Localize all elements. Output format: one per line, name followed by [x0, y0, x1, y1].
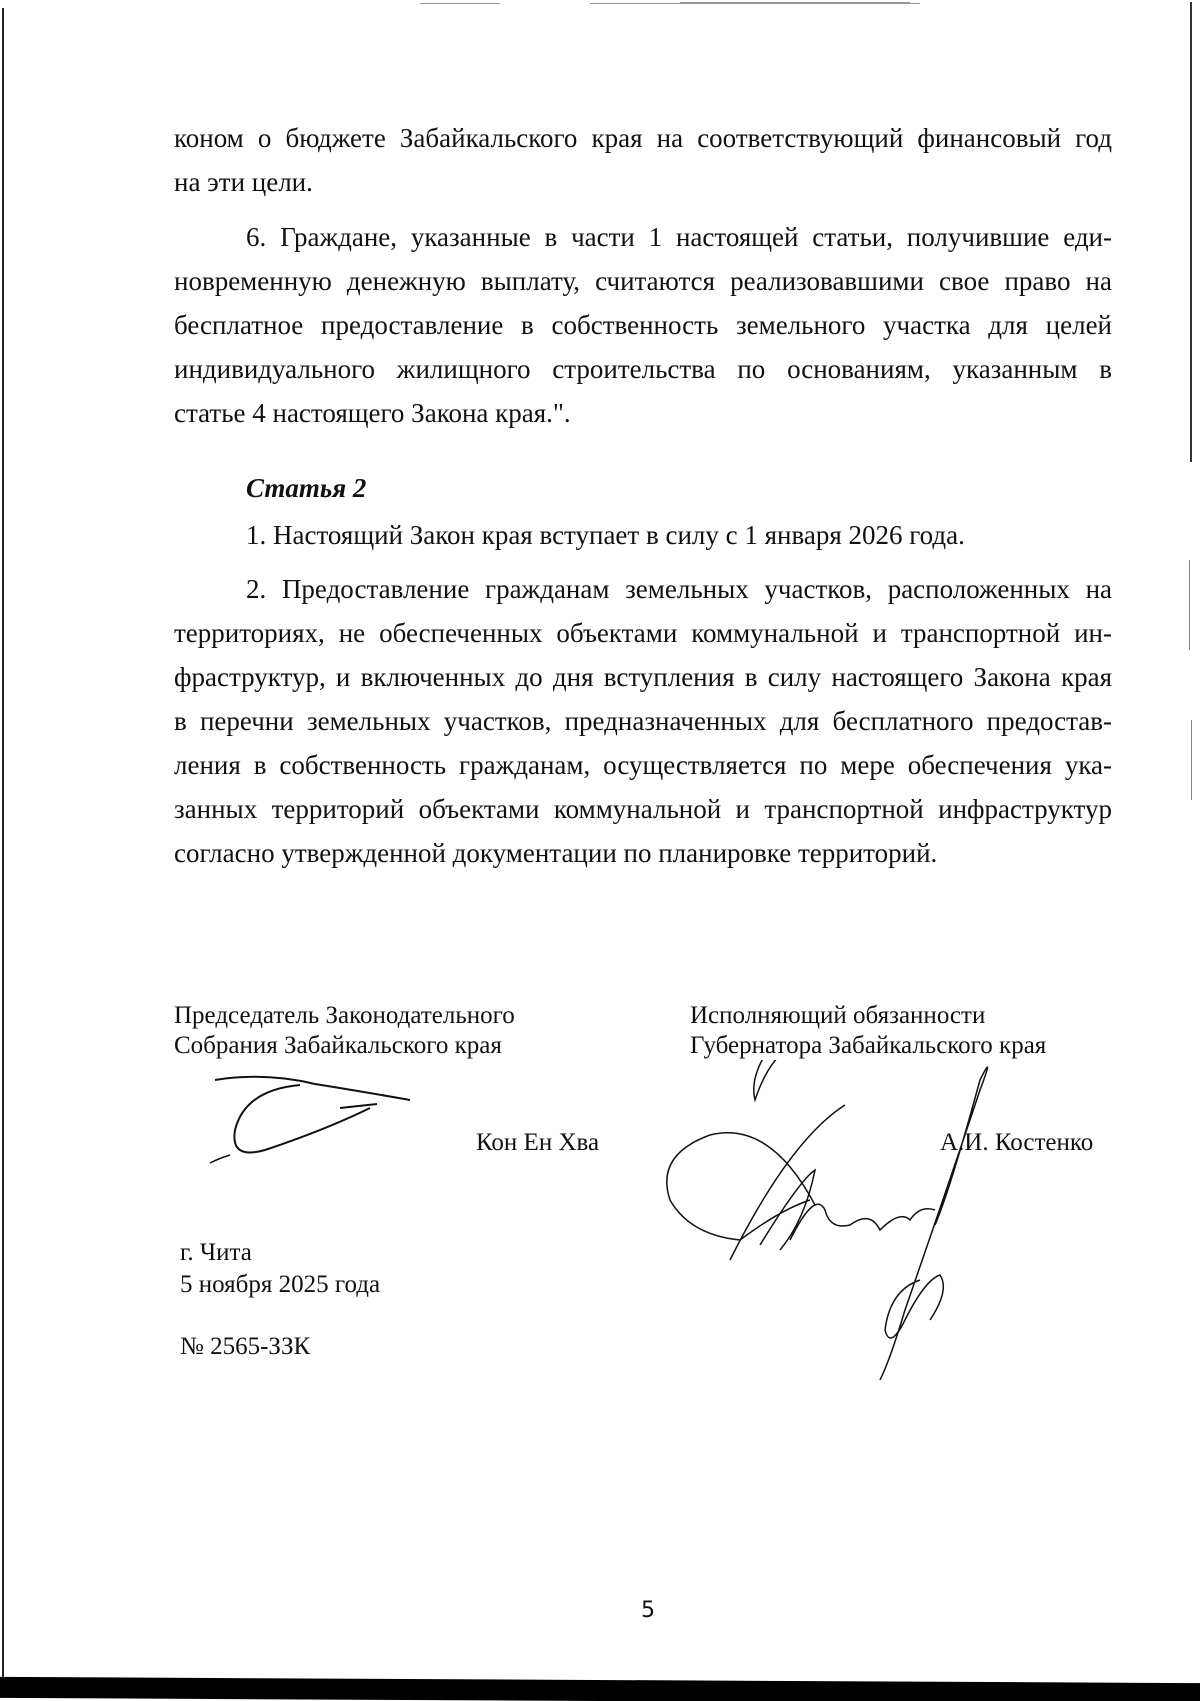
paragraph-line: коном о бюджете Забайкальского края на с…: [174, 122, 1112, 154]
paragraph-line: статье 4 настоящего Закона края.".: [174, 397, 1112, 429]
handwritten-signature-icon: [205, 1070, 420, 1170]
signing-date: 5 ноября 2025 года: [180, 1270, 380, 1300]
paragraph-line: ления в собственность гражданам, осущест…: [174, 749, 1112, 781]
page-number: 5: [641, 1598, 655, 1623]
paragraph-line: новременную денежную выплату, считаются …: [174, 265, 1112, 297]
scan-edge-right-fragment: [1191, 720, 1192, 800]
law-number: № 2565-ЗЗК: [180, 1332, 310, 1362]
signatory-title-line: Собрания Забайкальского края: [174, 1031, 502, 1061]
paragraph-line: индивидуального жилищного строительства …: [174, 353, 1112, 385]
scan-bottom-edge: [0, 1677, 1200, 1701]
paragraph-line: занных территорий объектами коммунальной…: [174, 793, 1112, 825]
scan-top-artifact: [420, 3, 500, 4]
scan-top-artifact: [680, 2, 910, 3]
signatory-title-line: Председатель Законодательного: [174, 1001, 515, 1031]
paragraph-line: территориях, не обеспеченных объектами к…: [174, 617, 1112, 649]
paragraph-line: бесплатное предоставление в собственност…: [174, 309, 1112, 341]
signatory-title-line: Губернатора Забайкальского края: [690, 1031, 1046, 1061]
scan-edge-right: [1190, 2, 1192, 462]
city: г. Чита: [180, 1238, 252, 1268]
paragraph-line: 2. Предоставление гражданам земельных уч…: [246, 573, 1112, 605]
paragraph-line: согласно утвержденной документации по пл…: [174, 837, 1112, 869]
paragraph-line: на эти цели.: [174, 166, 1112, 198]
paragraph-line: фраструктур, и включенных до дня вступле…: [174, 661, 1112, 693]
scan-top-artifact: [590, 3, 920, 4]
scan-edge-right-fragment: [1189, 560, 1190, 650]
paragraph-line: в перечни земельных участков, предназнач…: [174, 705, 1112, 737]
handwritten-signature-icon: [650, 1060, 1030, 1400]
article-item-1: 1. Настоящий Закон края вступает в силу …: [246, 519, 1112, 551]
paragraph-line: 6. Граждане, указанные в части 1 настоящ…: [246, 221, 1112, 253]
article-heading: Статья 2: [246, 472, 366, 504]
signatory-title-line: Исполняющий обязанности: [690, 1001, 985, 1031]
scan-edge-left: [2, 8, 4, 1688]
signatory-name: Кон Ен Хва: [476, 1128, 599, 1158]
